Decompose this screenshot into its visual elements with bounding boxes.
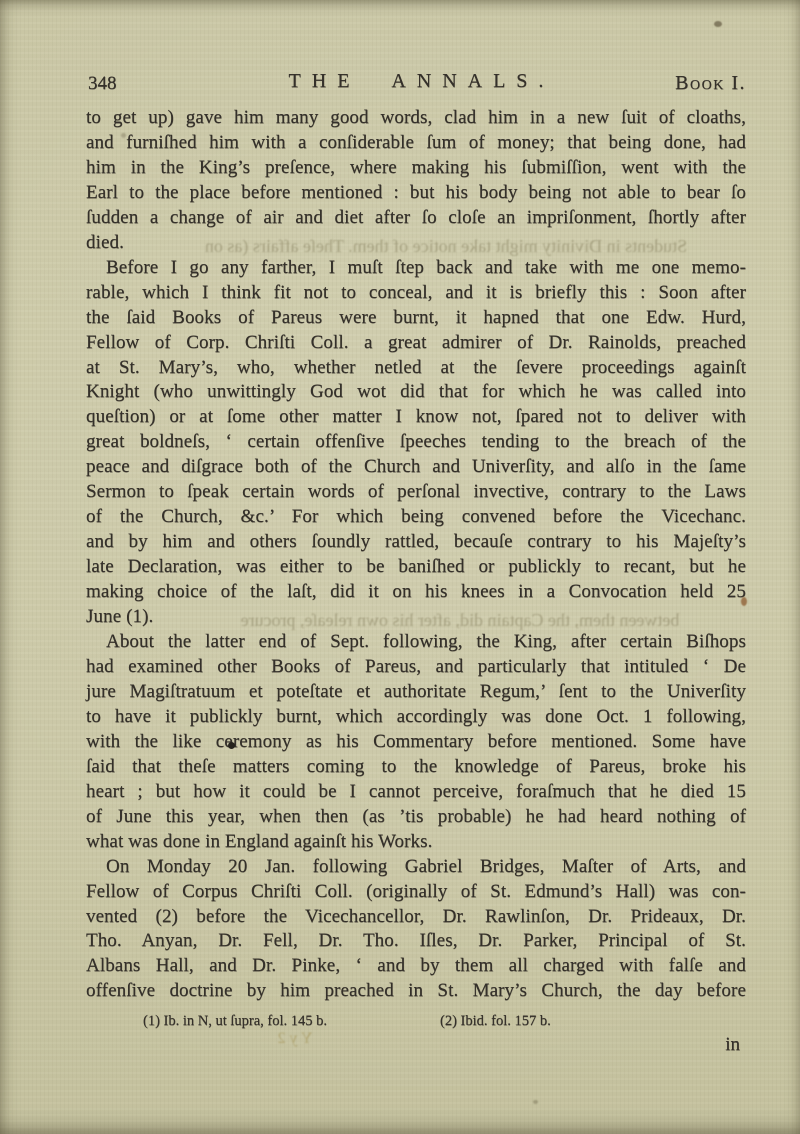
text-line: Albans Hall, and Dr. Pinke, ‘ and by the… xyxy=(86,954,746,979)
text-line: making choice of the laſt, did it on his… xyxy=(86,580,746,605)
footnote-2: (2) Ibid. fol. 157 b. xyxy=(440,1013,551,1030)
paragraph-4: On Monday 20 Jan. following Gabriel Brid… xyxy=(86,855,746,1005)
text-line: to get up) gave him many good words, cla… xyxy=(86,106,746,131)
text-line: Fellow of Corpus Chriſti Coll. (original… xyxy=(86,880,746,905)
text-line: About the latter end of Sept. following,… xyxy=(86,630,746,655)
text-line: ſaid that theſe matters coming to the kn… xyxy=(86,755,746,780)
catchword: in xyxy=(86,1034,746,1056)
text-block: to get up) gave him many good words, cla… xyxy=(86,106,746,1004)
paragraph-1: to get up) gave him many good words, cla… xyxy=(86,106,746,256)
text-line: what was done in England againſt his Wor… xyxy=(86,830,746,855)
text-line: at St. Mary’s, who, whether netled at th… xyxy=(86,356,746,381)
text-line: great boldneſs, ‘ certain offenſive ſpee… xyxy=(86,430,746,455)
book-page: 348 THE ANNALS. Book I. to get up) gave … xyxy=(0,0,800,1134)
text-line: peace and diſgrace both of the Church an… xyxy=(86,455,746,480)
text-line: him in the King’s preſence, where making… xyxy=(86,156,746,181)
text-line: of June this year, when then (as ’tis pr… xyxy=(86,805,746,830)
text-line: offenſive doctrine by him preached in St… xyxy=(86,979,746,1004)
text-line: June (1). xyxy=(86,605,746,630)
text-line: Before I go any farther, I muſt ſtep bac… xyxy=(86,256,746,281)
text-line: Earl to the place before mentioned : but… xyxy=(86,181,746,206)
text-line: of the Church, &c.’ For which being conv… xyxy=(86,505,746,530)
text-line: Tho. Anyan, Dr. Fell, Dr. Tho. Iſles, Dr… xyxy=(86,929,746,954)
text-line: and by him and others ſoundly rattled, b… xyxy=(86,530,746,555)
text-line: died. xyxy=(86,231,746,256)
text-line: the ſaid Books of Pareus were burnt, it … xyxy=(86,306,746,331)
text-line: with the like ceremony as his Commentary… xyxy=(86,730,746,755)
paper-stain xyxy=(533,1100,538,1104)
text-line: vented (2) before the Vicechancellor, Dr… xyxy=(86,905,746,930)
book-label: Book I. xyxy=(675,72,746,95)
footnote-1: (1) Ib. in N, ut ſupra, fol. 145 b. xyxy=(143,1013,327,1030)
text-line: Fellow of Corp. Chriſti Coll. a great ad… xyxy=(86,331,746,356)
text-line: ſudden a change of air and diet after ſo… xyxy=(86,206,746,231)
text-line: to have it publickly burnt, which accord… xyxy=(86,705,746,730)
text-line: heart ; but how it could be I cannot per… xyxy=(86,780,746,805)
footnotes: (1) Ib. in N, ut ſupra, fol. 145 b. (2) … xyxy=(86,1013,746,1035)
text-line: Knight (who unwittingly God wot did that… xyxy=(86,380,746,405)
text-line: On Monday 20 Jan. following Gabriel Brid… xyxy=(86,855,746,880)
text-line: queſtion) or at ſome other matter I know… xyxy=(86,405,746,430)
text-line: rable, which I think fit not to conceal,… xyxy=(86,281,746,306)
page-header: 348 THE ANNALS. Book I. xyxy=(86,70,746,100)
text-line: jure Magiſtratuum et poteſtate et author… xyxy=(86,680,746,705)
paragraph-2: Before I go any farther, I muſt ſtep bac… xyxy=(86,256,746,630)
text-line: had examined other Books of Pareus, and … xyxy=(86,655,746,680)
text-line: and furniſhed him with a conſiderable ſu… xyxy=(86,131,746,156)
running-title: THE ANNALS. xyxy=(86,70,746,93)
text-line: Sermon to ſpeak certain words of perſona… xyxy=(86,480,746,505)
paper-stain xyxy=(714,21,722,27)
text-line: late Declaration, was either to be baniſ… xyxy=(86,555,746,580)
paragraph-3: About the latter end of Sept. following,… xyxy=(86,630,746,855)
